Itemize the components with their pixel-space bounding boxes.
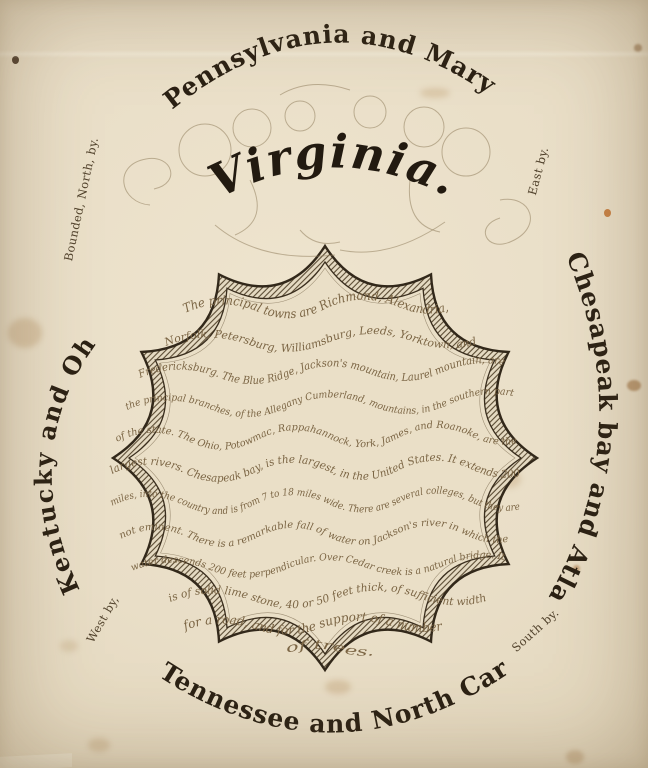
calligraphy-artwork: Virginia. Pennsylvania and Maryland. Che… — [0, 0, 648, 768]
border-text-top: Pennsylvania and Maryland. — [0, 0, 502, 115]
label-east-by: East by. — [525, 145, 551, 196]
penmanship-document-page: Virginia. Pennsylvania and Maryland. Che… — [0, 0, 648, 768]
label-bounded-north-by: Bounded, North, by. — [61, 136, 101, 262]
title-virginia: Virginia. — [200, 124, 468, 208]
border-text-left: Kentucky and Ohio. — [0, 0, 102, 599]
label-south-by: South by. — [509, 605, 562, 654]
label-west-by: West by, — [84, 593, 122, 645]
